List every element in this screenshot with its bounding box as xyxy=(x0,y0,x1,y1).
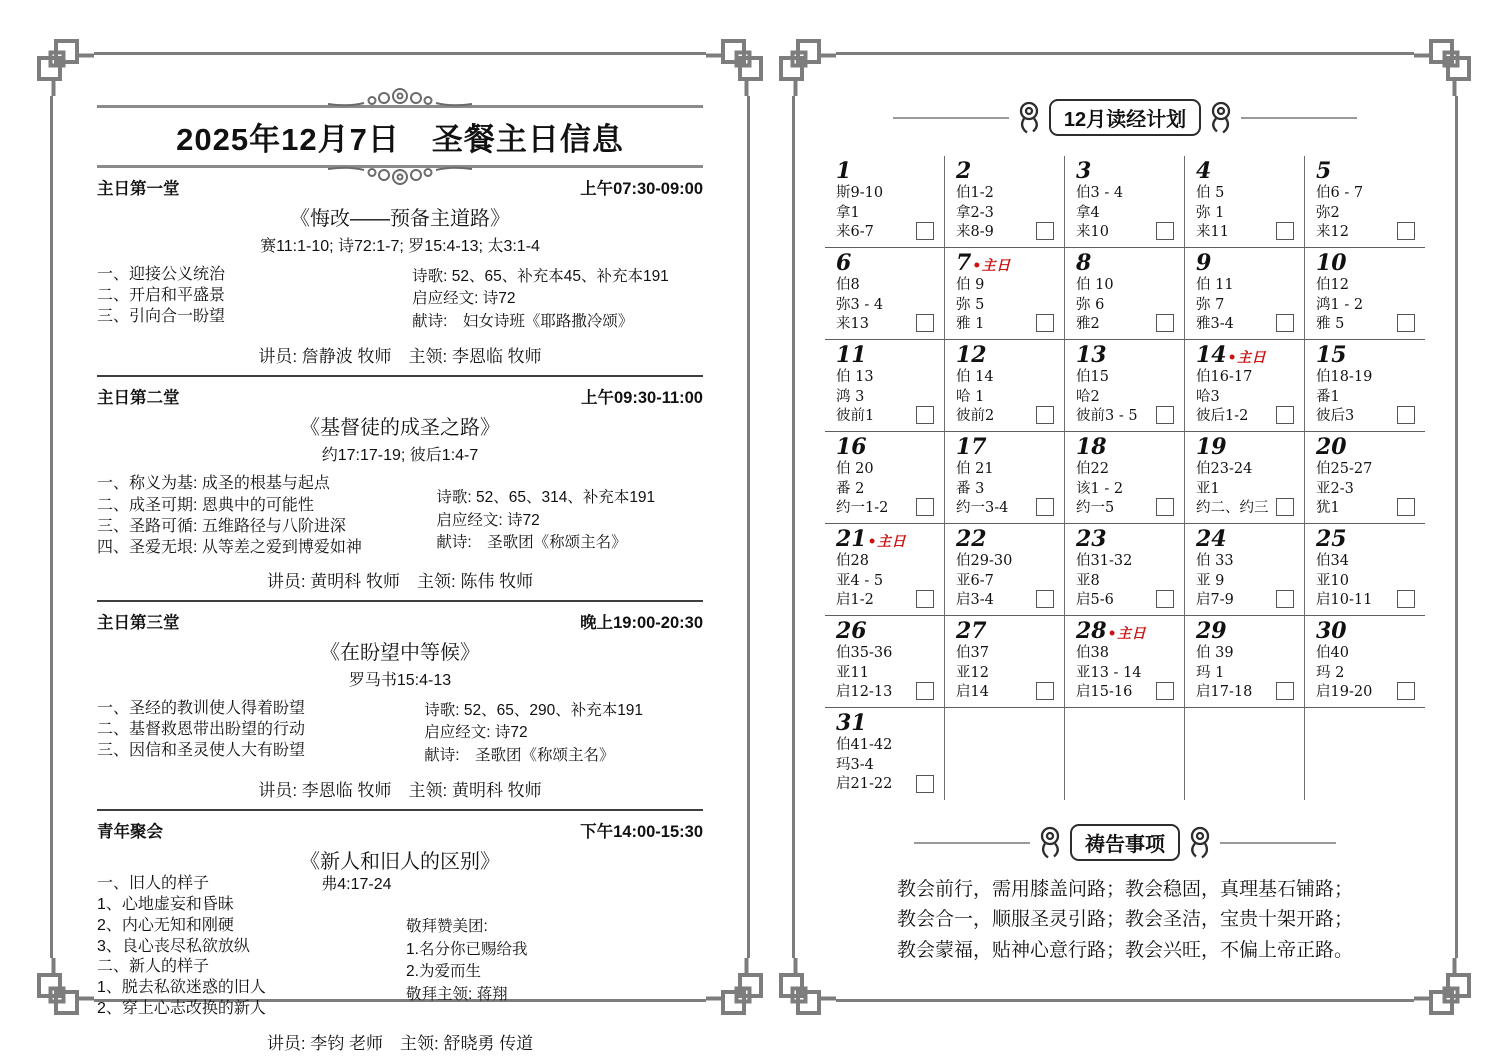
reading-plan-page: 12月读经计划 1斯9-10拿1来6-72伯1-2拿2-3来8-93伯3 - 4… xyxy=(792,52,1458,1002)
calendar-cell-15: 15伯18-19番1彼后3 xyxy=(1305,340,1425,432)
day-number: 21•主日 xyxy=(836,527,938,552)
worship-song: 2.为爱而生 xyxy=(406,961,527,983)
section-divider xyxy=(97,375,703,377)
reading-checkbox[interactable] xyxy=(916,406,934,424)
service-section-2: 主日第二堂 上午09:30-11:00 《基督徒的成圣之路》 约17:17-19… xyxy=(97,384,703,601)
title-flourish-icon xyxy=(315,165,485,189)
scripture-reference: 约17:17-19; 彼后1:4-7 xyxy=(97,442,703,465)
reading-line: 伯18-19 xyxy=(1316,368,1419,387)
reading-line: 伯 21 xyxy=(956,460,1058,479)
reading-line: 番 3 xyxy=(956,480,1058,499)
reading-line: 亚10 xyxy=(1316,572,1419,591)
header-line xyxy=(914,842,1030,844)
songs-line: 诗歌: 52、65、314、补充本191 xyxy=(436,487,703,509)
reading-checkbox[interactable] xyxy=(1156,682,1174,700)
calendar-cell-3: 3伯3 - 4拿4来10 xyxy=(1065,156,1185,248)
calendar-cell-27: 27伯37亚12启14 xyxy=(945,616,1065,708)
reading-line: 玛 1 xyxy=(1196,664,1298,683)
corner-knot-icon xyxy=(1414,38,1472,96)
calendar-cell-8: 8伯 10弥 6雅2 xyxy=(1065,248,1185,340)
reading-line: 哈 1 xyxy=(956,388,1058,407)
calendar-cell-29: 29伯 39玛 1启17-18 xyxy=(1185,616,1305,708)
calendar-cell-2: 2伯1-2拿2-3来8-9 xyxy=(945,156,1065,248)
calendar-cell-6: 6伯8弥3 - 4来13 xyxy=(825,248,945,340)
day-number: 31 xyxy=(836,711,938,736)
reading-line: 玛3-4 xyxy=(836,756,938,775)
reading-line: 玛 2 xyxy=(1316,664,1419,683)
reading-plan-grid: 1斯9-10拿1来6-72伯1-2拿2-3来8-93伯3 - 4拿4来104伯 … xyxy=(825,156,1425,800)
reading-checkbox[interactable] xyxy=(1276,222,1294,240)
reading-checkbox[interactable] xyxy=(1036,314,1054,332)
day-number: 10 xyxy=(1316,251,1419,276)
youth-meeting-section: 青年聚会 下午14:00-15:30 《新人和旧人的区别》 一、旧人的样子 1、… xyxy=(97,818,703,1054)
corner-knot-icon xyxy=(778,958,836,1016)
cloud-scroll-icon xyxy=(1206,100,1236,136)
calendar-cell-9: 9伯 11弥 7雅3-4 xyxy=(1185,248,1305,340)
reading-line: 亚1 xyxy=(1196,480,1298,499)
responsive-reading-line: 启应经文: 诗72 xyxy=(412,288,703,310)
day-number: 12 xyxy=(956,343,1058,368)
sunday-badge: •主日 xyxy=(1108,626,1146,642)
reading-line: 伯34 xyxy=(1316,552,1419,571)
reading-checkbox[interactable] xyxy=(1156,222,1174,240)
sermon-point: 三、圣路可循: 五维路径与八阶进深 xyxy=(97,516,436,537)
reading-line: 伯28 xyxy=(836,552,938,571)
reading-checkbox[interactable] xyxy=(1036,498,1054,516)
reading-checkbox[interactable] xyxy=(1156,406,1174,424)
reading-line: 伯 13 xyxy=(836,368,938,387)
reading-line: 亚8 xyxy=(1076,572,1178,591)
reading-checkbox[interactable] xyxy=(1156,498,1174,516)
day-number: 6 xyxy=(836,251,938,276)
calendar-cell-19: 19伯23-24亚1约二、约三 xyxy=(1185,432,1305,524)
sunday-badge: •主日 xyxy=(1228,350,1266,366)
reading-line: 伯 11 xyxy=(1196,276,1298,295)
reading-checkbox[interactable] xyxy=(1036,222,1054,240)
sermon-point: 一、圣经的教训使人得着盼望 xyxy=(97,698,424,719)
sermon-point: 三、因信和圣灵使人大有盼望 xyxy=(97,740,424,761)
speaker-line: 讲员: 詹静波 牧师 主领: 李恩临 牧师 xyxy=(97,342,703,367)
prayer-line: 教会蒙福，贴神心意行路；教会兴旺，不偏上帝正路。 xyxy=(795,936,1455,966)
reading-checkbox[interactable] xyxy=(916,314,934,332)
sermon-title: 《悔改——预备主道路》 xyxy=(97,202,703,231)
calendar-cell-12: 12伯 14哈 1彼前2 xyxy=(945,340,1065,432)
corner-knot-icon xyxy=(36,958,94,1016)
cloud-scroll-icon xyxy=(1035,825,1065,861)
corner-knot-icon xyxy=(706,958,764,1016)
corner-knot-icon xyxy=(1414,958,1472,1016)
songs-line: 诗歌: 52、65、290、补充本191 xyxy=(424,700,703,722)
worship-song: 1.名分你已赐给我 xyxy=(406,939,527,961)
sermon-title: 《在盼望中等候》 xyxy=(97,636,703,665)
reading-line: 伯 14 xyxy=(956,368,1058,387)
day-number: 19 xyxy=(1196,435,1298,460)
sermon-title: 《基督徒的成圣之路》 xyxy=(97,411,703,440)
calendar-cell-21: 21•主日伯28亚4 - 5启1-2 xyxy=(825,524,945,616)
reading-line: 该1 - 2 xyxy=(1076,480,1178,499)
section-divider xyxy=(97,809,703,811)
service-section-3: 主日第三堂 晚上19:00-20:30 《在盼望中等候》 罗马书15:4-13 … xyxy=(97,609,703,811)
reading-line: 亚12 xyxy=(956,664,1058,683)
reading-line: 伯23-24 xyxy=(1196,460,1298,479)
calendar-cell-13: 13伯15哈2彼前3 - 5 xyxy=(1065,340,1185,432)
day-number: 15 xyxy=(1316,343,1419,368)
section-time: 晚上19:00-20:30 xyxy=(580,609,703,633)
calendar-cell-empty xyxy=(1065,708,1185,800)
reading-line: 番1 xyxy=(1316,388,1419,407)
day-number: 22 xyxy=(956,527,1058,552)
sermon-point: 1、脱去私欲迷惑的旧人 xyxy=(97,978,430,999)
day-number: 13 xyxy=(1076,343,1178,368)
day-number: 23 xyxy=(1076,527,1178,552)
calendar-cell-26: 26伯35-36亚11启12-13 xyxy=(825,616,945,708)
reading-line: 伯6 - 7 xyxy=(1316,184,1419,203)
reading-line: 弥 5 xyxy=(956,296,1058,315)
reading-plan-header: 12月读经计划 xyxy=(795,99,1455,136)
header-line xyxy=(893,117,1009,119)
reading-line: 亚6-7 xyxy=(956,572,1058,591)
calendar-cell-4: 4伯 5弥 1来11 xyxy=(1185,156,1305,248)
reading-line: 哈3 xyxy=(1196,388,1298,407)
sermon-title: 《新人和旧人的区别》 xyxy=(97,845,703,874)
reading-line: 亚11 xyxy=(836,664,938,683)
calendar-cell-31: 31伯41-42玛3-4启21-22 xyxy=(825,708,945,800)
reading-checkbox[interactable] xyxy=(1397,682,1415,700)
reading-checkbox[interactable] xyxy=(1036,406,1054,424)
reading-checkbox[interactable] xyxy=(916,498,934,516)
reading-line: 伯 33 xyxy=(1196,552,1298,571)
scripture-reference: 罗马书15:4-13 xyxy=(97,667,703,690)
corner-knot-icon xyxy=(706,38,764,96)
sermon-point: 2、内心无知和刚硬 xyxy=(97,916,430,937)
calendar-cell-24: 24伯 33亚 9启7-9 xyxy=(1185,524,1305,616)
reading-checkbox[interactable] xyxy=(1276,682,1294,700)
calendar-cell-25: 25伯34亚10启10-11 xyxy=(1305,524,1425,616)
reading-line: 亚4 - 5 xyxy=(836,572,938,591)
reading-checkbox[interactable] xyxy=(1276,406,1294,424)
reading-checkbox[interactable] xyxy=(1397,406,1415,424)
sermon-point: 二、新人的样子 xyxy=(97,957,430,978)
reading-line: 伯 10 xyxy=(1076,276,1178,295)
responsive-reading-line: 启应经文: 诗72 xyxy=(424,722,703,744)
prayer-line: 教会前行，需用膝盖问路；教会稳固，真理基石铺路； xyxy=(795,875,1455,905)
header-line xyxy=(1220,842,1336,844)
reading-checkbox[interactable] xyxy=(1397,498,1415,516)
calendar-cell-empty xyxy=(1185,708,1305,800)
speaker-line: 讲员: 李钧 老师 主领: 舒晓勇 传道 xyxy=(97,1029,703,1054)
sermon-point: 一、称义为基: 成圣的根基与起点 xyxy=(97,473,436,494)
anthem-line: 献诗: 圣歌团《称颂主名》 xyxy=(436,532,703,554)
calendar-cell-28: 28•主日伯38亚13 - 14启15-16 xyxy=(1065,616,1185,708)
sermon-point: 二、开启和平盛景 xyxy=(97,285,412,306)
service-info-page: 2025年12月7日 圣餐主日信息 主日第一堂 上午07:30-09:00 《悔… xyxy=(50,52,750,1002)
day-number: 20 xyxy=(1316,435,1419,460)
section-divider xyxy=(97,600,703,602)
speaker-line: 讲员: 黄明科 牧师 主领: 陈伟 牧师 xyxy=(97,567,703,592)
reading-checkbox[interactable] xyxy=(1276,498,1294,516)
bulletin-canvas: 2025年12月7日 圣餐主日信息 主日第一堂 上午07:30-09:00 《悔… xyxy=(0,0,1500,1060)
calendar-cell-10: 10伯12鸿1 - 2雅 5 xyxy=(1305,248,1425,340)
sunday-badge: •主日 xyxy=(972,258,1010,274)
sermon-point: 二、成圣可期: 恩典中的可能性 xyxy=(97,495,436,516)
prayer-title: 祷告事项 xyxy=(1070,824,1180,861)
worship-leader-line: 敬拜主领: 蒋翔 xyxy=(406,984,527,1006)
reading-line: 鸿 3 xyxy=(836,388,938,407)
reading-line: 弥 1 xyxy=(1196,204,1298,223)
reading-checkbox[interactable] xyxy=(1397,590,1415,608)
corner-knot-icon xyxy=(778,38,836,96)
anthem-line: 献诗: 圣歌团《称颂主名》 xyxy=(424,745,703,767)
section-label: 主日第二堂 xyxy=(97,384,180,408)
reading-line: 伯37 xyxy=(956,644,1058,663)
calendar-cell-7: 7•主日伯 9弥 5雅 1 xyxy=(945,248,1065,340)
calendar-cell-empty xyxy=(945,708,1065,800)
day-number: 2 xyxy=(956,159,1058,184)
reading-checkbox[interactable] xyxy=(1397,222,1415,240)
day-number: 14•主日 xyxy=(1196,343,1298,368)
reading-line: 伯 9 xyxy=(956,276,1058,295)
reading-checkbox[interactable] xyxy=(916,682,934,700)
reading-line: 伯29-30 xyxy=(956,552,1058,571)
sermon-point: 3、良心丧尽私欲放纵 xyxy=(97,937,430,958)
reading-line: 伯40 xyxy=(1316,644,1419,663)
reading-line: 伯 5 xyxy=(1196,184,1298,203)
scripture-reference: 弗4:17-24 xyxy=(321,875,391,896)
reading-line: 弥3 - 4 xyxy=(836,296,938,315)
sermon-point: 2、穿上心志改换的新人 xyxy=(97,999,430,1020)
section-label: 青年聚会 xyxy=(97,818,163,842)
reading-line: 亚 9 xyxy=(1196,572,1298,591)
worship-team-label: 敬拜赞美团: xyxy=(406,916,527,938)
reading-checkbox[interactable] xyxy=(1036,682,1054,700)
day-number: 18 xyxy=(1076,435,1178,460)
page-title: 2025年12月7日 圣餐主日信息 xyxy=(97,114,703,159)
day-number: 24 xyxy=(1196,527,1298,552)
reading-line: 伯8 xyxy=(836,276,938,295)
reading-checkbox[interactable] xyxy=(1156,314,1174,332)
calendar-cell-11: 11伯 13鸿 3彼前1 xyxy=(825,340,945,432)
section-time: 上午07:30-09:00 xyxy=(580,175,703,199)
day-number: 29 xyxy=(1196,619,1298,644)
cloud-scroll-icon xyxy=(1014,100,1044,136)
service-section-1: 主日第一堂 上午07:30-09:00 《悔改——预备主道路》 赛11:1-10… xyxy=(97,175,703,377)
day-number: 17 xyxy=(956,435,1058,460)
corner-knot-icon xyxy=(36,38,94,96)
day-number: 3 xyxy=(1076,159,1178,184)
sermon-point: 1、心地虚妄和昏昧 xyxy=(97,895,430,916)
reading-line: 拿2-3 xyxy=(956,204,1058,223)
calendar-cell-14: 14•主日伯16-17哈3彼后1-2 xyxy=(1185,340,1305,432)
day-number: 27 xyxy=(956,619,1058,644)
reading-line: 番 2 xyxy=(836,480,938,499)
reading-line: 伯16-17 xyxy=(1196,368,1298,387)
calendar-cell-16: 16伯 20番 2约一1-2 xyxy=(825,432,945,524)
reading-checkbox[interactable] xyxy=(1276,590,1294,608)
day-number: 1 xyxy=(836,159,938,184)
reading-line: 弥 7 xyxy=(1196,296,1298,315)
cloud-scroll-icon xyxy=(1185,825,1215,861)
reading-line: 斯9-10 xyxy=(836,184,938,203)
calendar-cell-17: 17伯 21番 3约一3-4 xyxy=(945,432,1065,524)
reading-line: 鸿1 - 2 xyxy=(1316,296,1419,315)
section-time: 上午09:30-11:00 xyxy=(581,384,703,408)
reading-line: 伯 39 xyxy=(1196,644,1298,663)
sermon-point: 一、迎接公义统治 xyxy=(97,264,412,285)
reading-checkbox[interactable] xyxy=(1036,590,1054,608)
reading-line: 亚13 - 14 xyxy=(1076,664,1178,683)
reading-line: 弥 6 xyxy=(1076,296,1178,315)
reading-checkbox[interactable] xyxy=(1276,314,1294,332)
section-time: 下午14:00-15:30 xyxy=(580,818,703,842)
reading-checkbox[interactable] xyxy=(916,222,934,240)
day-number: 30 xyxy=(1316,619,1419,644)
day-number: 8 xyxy=(1076,251,1178,276)
reading-checkbox[interactable] xyxy=(916,775,934,793)
scripture-reference: 赛11:1-10; 诗72:1-7; 罗15:4-13; 太3:1-4 xyxy=(97,233,703,256)
title-flourish-icon xyxy=(315,84,485,108)
reading-line: 弥2 xyxy=(1316,204,1419,223)
reading-line: 亚2-3 xyxy=(1316,480,1419,499)
reading-plan-title: 12月读经计划 xyxy=(1049,99,1201,136)
calendar-cell-23: 23伯31-32亚8启5-6 xyxy=(1065,524,1185,616)
day-number: 11 xyxy=(836,343,938,368)
day-number: 25 xyxy=(1316,527,1419,552)
reading-line: 伯12 xyxy=(1316,276,1419,295)
reading-line: 伯31-32 xyxy=(1076,552,1178,571)
sermon-point: 二、基督救恩带出盼望的行动 xyxy=(97,719,424,740)
songs-line: 诗歌: 52、65、补充本45、补充本191 xyxy=(412,266,703,288)
reading-line: 伯41-42 xyxy=(836,736,938,755)
header-line xyxy=(1241,117,1357,119)
sermon-point: 四、圣爱无垠: 从等差之爱到博爱如神 xyxy=(97,537,436,558)
reading-line: 伯22 xyxy=(1076,460,1178,479)
reading-line: 伯15 xyxy=(1076,368,1178,387)
prayer-items: 教会前行，需用膝盖问路；教会稳固，真理基石铺路； 教会合一，顺服圣灵引路；教会圣… xyxy=(795,875,1455,966)
day-number: 28•主日 xyxy=(1076,619,1178,644)
reading-line: 伯1-2 xyxy=(956,184,1058,203)
day-number: 5 xyxy=(1316,159,1419,184)
sunday-badge: •主日 xyxy=(868,534,906,550)
responsive-reading-line: 启应经文: 诗72 xyxy=(436,510,703,532)
speaker-line: 讲员: 李恩临 牧师 主领: 黄明科 牧师 xyxy=(97,776,703,801)
prayer-header: 祷告事项 xyxy=(795,824,1455,861)
day-number: 9 xyxy=(1196,251,1298,276)
reading-line: 伯3 - 4 xyxy=(1076,184,1178,203)
calendar-cell-1: 1斯9-10拿1来6-7 xyxy=(825,156,945,248)
reading-checkbox[interactable] xyxy=(1397,314,1415,332)
section-label: 主日第三堂 xyxy=(97,609,180,633)
section-label: 主日第一堂 xyxy=(97,175,180,199)
reading-line: 伯35-36 xyxy=(836,644,938,663)
title-block: 2025年12月7日 圣餐主日信息 xyxy=(97,105,703,168)
calendar-cell-empty xyxy=(1305,708,1425,800)
day-number: 16 xyxy=(836,435,938,460)
reading-checkbox[interactable] xyxy=(916,590,934,608)
calendar-cell-30: 30伯40玛 2启19-20 xyxy=(1305,616,1425,708)
day-number: 7•主日 xyxy=(956,251,1058,276)
reading-line: 拿1 xyxy=(836,204,938,223)
reading-line: 哈2 xyxy=(1076,388,1178,407)
reading-line: 伯 20 xyxy=(836,460,938,479)
reading-checkbox[interactable] xyxy=(1156,590,1174,608)
calendar-cell-20: 20伯25-27亚2-3犹1 xyxy=(1305,432,1425,524)
anthem-line: 献诗: 妇女诗班《耶路撒冷颂》 xyxy=(412,311,703,333)
prayer-line: 教会合一，顺服圣灵引路；教会圣洁，宝贵十架开路； xyxy=(795,905,1455,935)
reading-line: 拿4 xyxy=(1076,204,1178,223)
reading-line: 伯25-27 xyxy=(1316,460,1419,479)
calendar-cell-22: 22伯29-30亚6-7启3-4 xyxy=(945,524,1065,616)
reading-line: 伯38 xyxy=(1076,644,1178,663)
sermon-point: 三、引向合一盼望 xyxy=(97,306,412,327)
calendar-cell-5: 5伯6 - 7弥2来12 xyxy=(1305,156,1425,248)
day-number: 26 xyxy=(836,619,938,644)
day-number: 4 xyxy=(1196,159,1298,184)
calendar-cell-18: 18伯22该1 - 2约一5 xyxy=(1065,432,1185,524)
